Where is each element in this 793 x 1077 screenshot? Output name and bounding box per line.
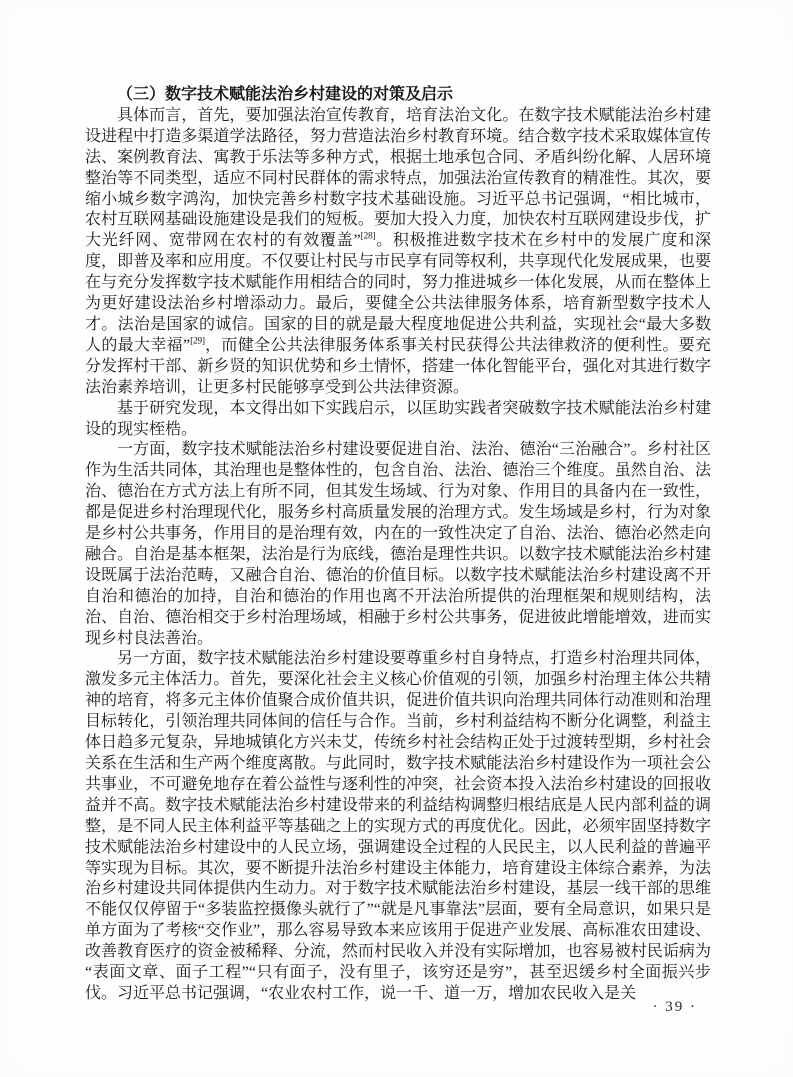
paragraph-text-segment: 。积极推进数字技术在乡村中的发展广度和深度，即普及率和应用度。不仅要让村民与市民… [85, 232, 711, 354]
article-body: （三）数字技术赋能法治乡村建设的对策及启示 具体而言，首先，要加强法治宣传教育，… [85, 85, 711, 1005]
section-heading: （三）数字技术赋能法治乡村建设的对策及启示 [85, 85, 711, 106]
citation-ref-29: [29] [190, 337, 205, 347]
paragraph-governance-community: 另一方面，数字技术赋能法治乡村建设要尊重乡村自身特点，打造乡村治理共同体，激发多… [85, 649, 711, 1004]
paragraph-text-segment: 具体而言，首先，要加强法治宣传教育，培育法治文化。在数字技术赋能法治乡村建设进程… [85, 107, 711, 249]
paragraph-research-findings: 基于研究发现，本文得出如下实践启示，以匡助实践者突破数字技术赋能法治乡村建设的现… [85, 399, 711, 441]
page-number: · 39 · [653, 999, 698, 1015]
paragraph-three-governance-fusion: 一方面，数字技术赋能法治乡村建设要促进自治、法治、德治“三治融合”。乡村社区作为… [85, 440, 711, 649]
citation-ref-28: [28] [361, 232, 376, 242]
document-page: （三）数字技术赋能法治乡村建设的对策及启示 具体而言，首先，要加强法治宣传教育，… [0, 0, 793, 1077]
paragraph-countermeasures: 具体而言，首先，要加强法治宣传教育，培育法治文化。在数字技术赋能法治乡村建设进程… [85, 106, 711, 399]
